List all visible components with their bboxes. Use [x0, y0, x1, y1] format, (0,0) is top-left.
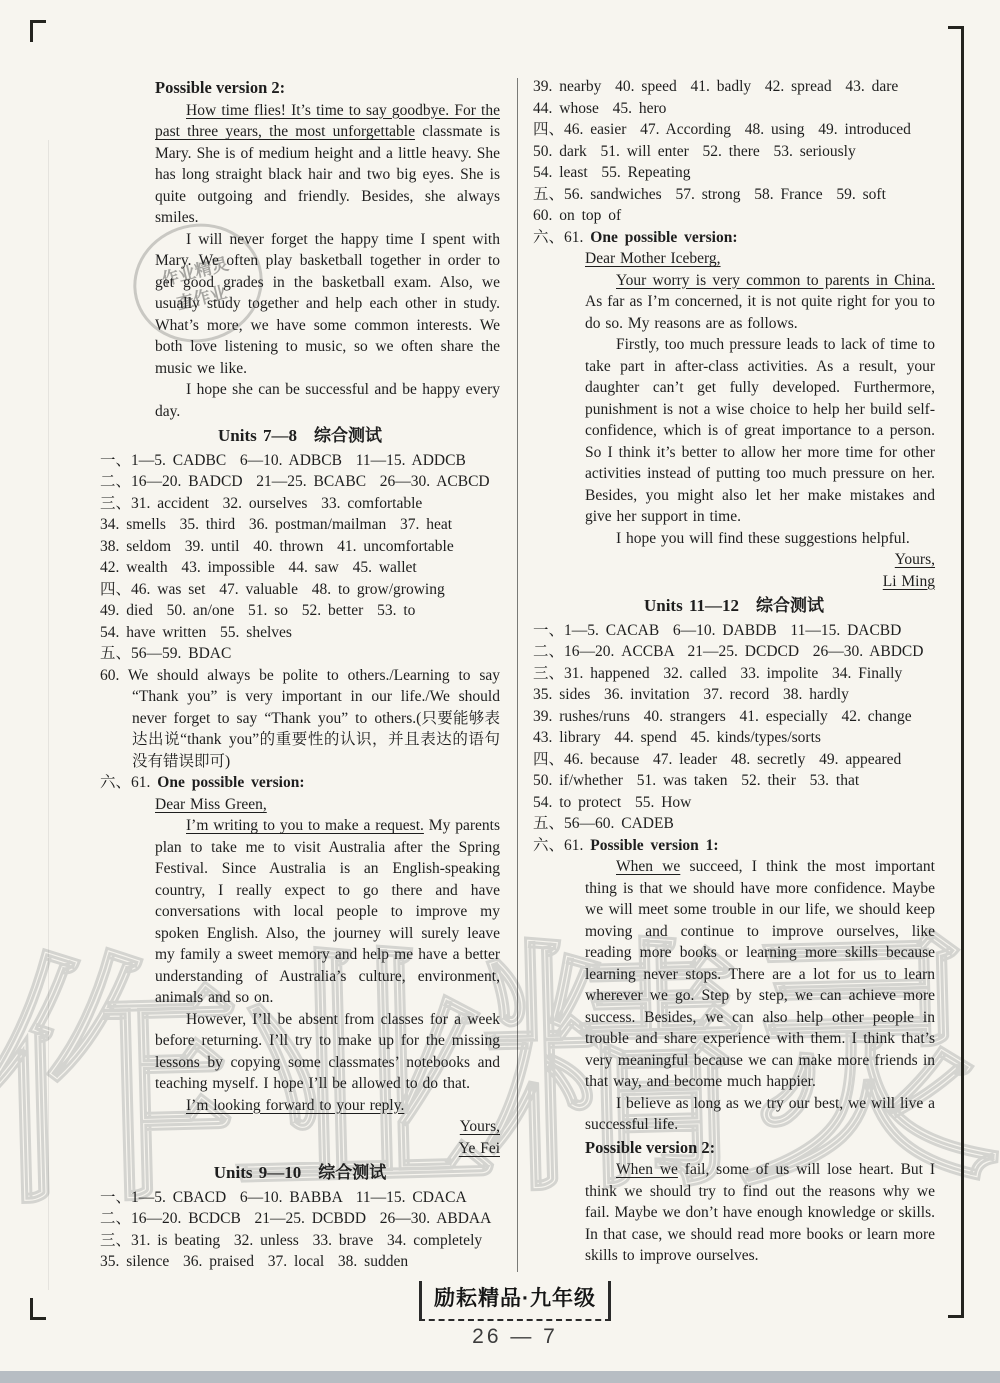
answer-line: 五、56—59. BDAC	[100, 643, 500, 665]
answer-line: 38. seldom 39. until 40. thrown 41. unco…	[100, 536, 500, 558]
left-column: Possible version 2: How time flies! It’s…	[100, 76, 500, 1273]
question-number: 六、61.	[533, 837, 590, 854]
answer-line: 四、46. easier 47. According 48. using 49.…	[533, 119, 935, 141]
crop-mark-top-left	[30, 20, 33, 42]
essay-paragraph: I hope she can be successful and be happ…	[155, 379, 500, 422]
underlined-text: Yours,	[460, 1118, 500, 1135]
answer-line-61: 六、61. One possible version:	[533, 227, 935, 249]
answer-line: 二、16—20. ACCBA 21—25. DCDCD 26—30. ABDCD	[533, 641, 935, 663]
letter-salutation: Dear Mother Iceberg,	[585, 248, 935, 270]
underlined-text: Dear Mother Iceberg,	[585, 250, 721, 267]
answer-line: 一、1—5. CACAB 6—10. DABDB 11—15. DACBD	[533, 620, 935, 642]
underlined-text: Your worry is very common to parents in …	[616, 272, 935, 289]
letter-to-miss-green: Dear Miss Green, I’m writing to you to m…	[155, 794, 500, 1160]
one-possible-version-label: One possible version:	[590, 229, 737, 246]
answer-line: 43. library 44. spend 45. kinds/types/so…	[533, 727, 935, 749]
answer-line: 三、31. happened 32. called 33. impolite 3…	[533, 663, 935, 685]
answer-line-61: 六、61. One possible version:	[100, 772, 500, 794]
one-possible-version-label: One possible version:	[157, 774, 304, 791]
section-units-7-8: Units 7—8 综合测试 一、1—5. CADBC 6—10. ADBCB …	[100, 425, 500, 794]
answer-line: 42. wealth 43. impossible 44. saw 45. wa…	[100, 557, 500, 579]
answer-line: 一、1—5. CBACD 6—10. BABBA 11—15. CDACA	[100, 1187, 500, 1209]
answer-line: 二、16—20. BCDCB 21—25. DCBDD 26—30. ABDAA	[100, 1208, 500, 1230]
answer-line: 54. have written 55. shelves	[100, 622, 500, 644]
section-units-9-10: Units 9—10 综合测试 一、1—5. CBACD 6—10. BABBA…	[100, 1162, 500, 1273]
underlined-text: I’m looking forward to your reply.	[186, 1097, 404, 1114]
answer-line: 39. rushes/runs 40. strangers 41. especi…	[533, 706, 935, 728]
answer-line: 49. died 50. an/one 51. so 52. better 53…	[100, 600, 500, 622]
underlined-text: When we	[616, 1161, 678, 1178]
possible-version-2-heading: Possible version 2:	[155, 77, 500, 99]
letter-signoff: Yours,	[155, 1116, 500, 1138]
letter-paragraph: I hope you will find these suggestions h…	[585, 528, 935, 550]
crop-mark-top-left-h	[30, 20, 46, 23]
answer-line: 39. nearby 40. speed 41. badly 42. sprea…	[533, 76, 935, 98]
letter-paragraph: I’m writing to you to make a request. My…	[155, 815, 500, 1009]
underlined-text: Dear Miss Green,	[155, 796, 267, 813]
brand-label: 励耘精品·九年级	[419, 1281, 611, 1321]
paragraph-text: As far as I’m concerned, it is not quite…	[585, 293, 935, 332]
section-units-11-12: Units 11—12 综合测试 一、1—5. CACAB 6—10. DABD…	[533, 595, 935, 856]
essay-paragraph: When we succeed, I think the most import…	[585, 856, 935, 1093]
answer-line: 54. to protect 55. How	[533, 792, 935, 814]
question-number: 六、61.	[100, 774, 157, 791]
page-crop-line-right	[961, 26, 964, 1318]
underlined-text: Li Ming	[883, 573, 935, 590]
letter-paragraph: Firstly, too much pressure leads to lack…	[585, 334, 935, 528]
answer-line: 44. whose 45. hero	[533, 98, 935, 120]
answer-line: 60. on top of	[533, 205, 935, 227]
paragraph-text: My parents plan to take me to visit Aust…	[155, 817, 500, 1006]
scanner-bottom-band	[0, 1371, 1000, 1383]
right-column: 39. nearby 40. speed 41. badly 42. sprea…	[533, 76, 935, 1267]
answer-line: 四、46. was set 47. valuable 48. to grow/g…	[100, 579, 500, 601]
section-units-9-10-continued: 39. nearby 40. speed 41. badly 42. sprea…	[533, 76, 935, 248]
essay-paragraph: I will never forget the happy time I spe…	[155, 229, 500, 380]
crop-mark-top-right	[948, 26, 964, 29]
possible-version-2-heading: Possible version 2:	[585, 1137, 935, 1159]
letter-signoff: Yours,	[585, 549, 935, 571]
paragraph-text: succeed, I think the most important thin…	[585, 858, 935, 1090]
letter-paragraph: Your worry is very common to parents in …	[585, 270, 935, 335]
letter-signature: Ye Fei	[155, 1138, 500, 1160]
paper-edge-shadow	[48, 140, 49, 1290]
answer-line: 三、31. is beating 32. unless 33. brave 34…	[100, 1230, 500, 1252]
question-number: 六、61.	[533, 229, 590, 246]
letter-signature: Li Ming	[585, 571, 935, 593]
essay-succeed: When we succeed, I think the most import…	[585, 856, 935, 1267]
letter-paragraph: However, I’ll be absent from classes for…	[155, 1009, 500, 1095]
answer-line-61: 六、61. Possible version 1:	[533, 835, 935, 857]
column-divider-rule	[517, 78, 518, 1272]
answer-line: 34. smells 35. third 36. postman/mailman…	[100, 514, 500, 536]
letter-salutation: Dear Miss Green,	[155, 794, 500, 816]
crop-mark-bottom-left-h	[30, 1317, 46, 1320]
section-title: Units 9—10 综合测试	[100, 1162, 500, 1184]
essay-mary: Possible version 2: How time flies! It’s…	[155, 77, 500, 422]
essay-paragraph: When we fail, some of us will lose heart…	[585, 1159, 935, 1267]
answer-line: 54. least 55. Repeating	[533, 162, 935, 184]
answer-line: 50. if/whether 51. was taken 52. their 5…	[533, 770, 935, 792]
section-title: Units 11—12 综合测试	[533, 595, 935, 617]
page-number: 26 — 7	[360, 1325, 670, 1349]
possible-version-1-label: Possible version 1:	[590, 837, 718, 854]
answer-line: 35. silence 36. praised 37. local 38. su…	[100, 1251, 500, 1273]
answer-line: 一、1—5. CADBC 6—10. ADBCB 11—15. ADDCB	[100, 450, 500, 472]
answer-line: 35. sides 36. invitation 37. record 38. …	[533, 684, 935, 706]
answer-line: 50. dark 51. will enter 52. there 53. se…	[533, 141, 935, 163]
essay-paragraph: I believe as long as we try our best, we…	[585, 1093, 935, 1136]
essay-paragraph: How time flies! It’s time to say goodbye…	[155, 100, 500, 229]
letter-paragraph: I’m looking forward to your reply.	[155, 1095, 500, 1117]
answer-line: 五、56. sandwiches 57. strong 58. France 5…	[533, 184, 935, 206]
underlined-text: I’m writing to you to make a request.	[186, 817, 424, 834]
answer-line: 四、46. because 47. leader 48. secretly 49…	[533, 749, 935, 771]
answer-line: 五、56—60. CADEB	[533, 813, 935, 835]
answer-line: 三、31. accident 32. ourselves 33. comfort…	[100, 493, 500, 515]
answer-line: 60. We should always be polite to others…	[100, 665, 500, 773]
scanned-answer-page: 作业精灵 作业精灵 查作业 Possible version 2: How ti…	[0, 0, 1000, 1383]
letter-to-mother-iceberg: Dear Mother Iceberg, Your worry is very …	[585, 248, 935, 592]
underlined-text: When we	[616, 858, 680, 875]
crop-mark-bottom-right	[948, 1315, 964, 1318]
underlined-text: Ye Fei	[459, 1140, 500, 1157]
answer-line: 二、16—20. BADCD 21—25. BCABC 26—30. ACBCD	[100, 471, 500, 493]
page-footer: 励耘精品·九年级 26 — 7	[360, 1281, 670, 1349]
section-title: Units 7—8 综合测试	[100, 425, 500, 447]
underlined-text: Yours,	[895, 551, 935, 568]
